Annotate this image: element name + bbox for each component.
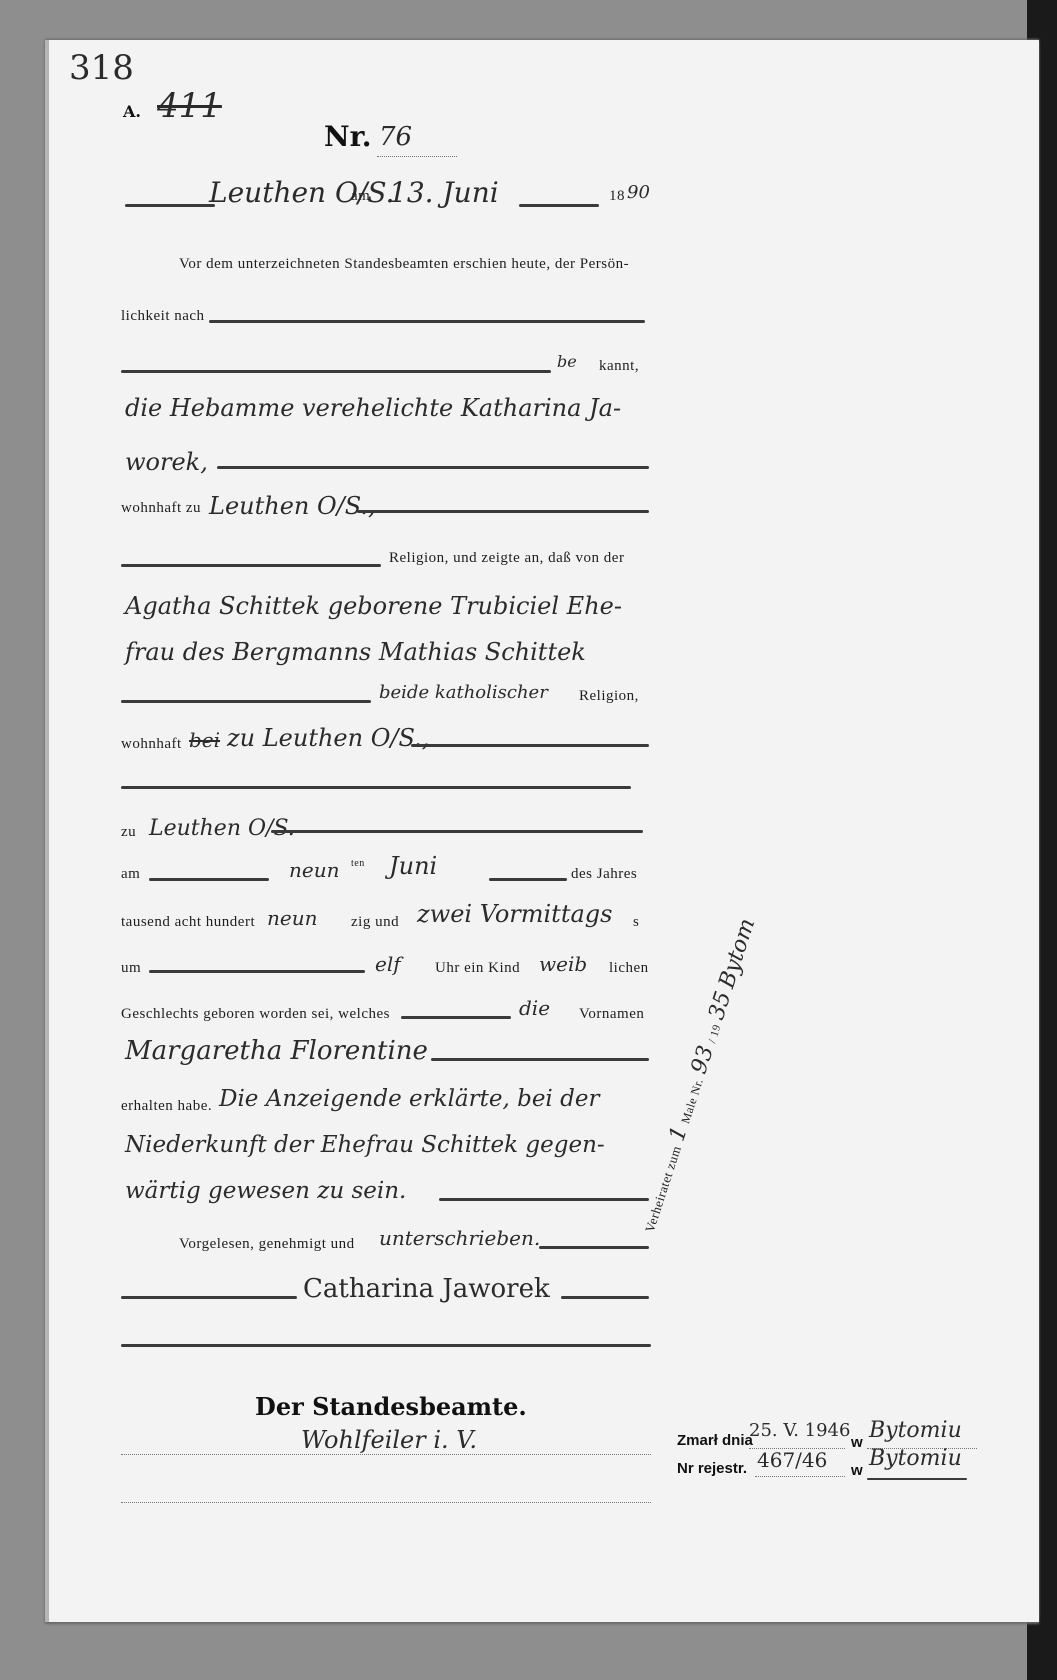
death-date: 25. V. 1946 [749,1420,850,1441]
marriage-year: 35 [704,988,736,1022]
birth-place-label: zu [121,824,136,841]
rule [121,700,371,703]
year-prefix: 18 [609,188,625,205]
rule [411,744,649,747]
mother-religion-label: Religion, [579,688,639,705]
register-place-line [867,1478,967,1480]
informant-line-1: die Hebamme verehelichte Katharina Ja- [125,394,621,422]
birth-year-text-1: tausend acht hundert [121,914,255,931]
rule [439,1198,649,1201]
rule [121,1344,651,1347]
marriage-place: Bytom [714,916,760,992]
birth-year-suffix: s [633,914,639,931]
remark-line-3: wärtig gewesen zu sein. [125,1178,406,1204]
birth-year-text-2: zig und [351,914,399,931]
informant-line-2: worek, [125,448,208,476]
residence-value: Leuthen O/S., [209,492,376,520]
rule [357,510,649,513]
given-names-value: Margaretha Florentine [125,1036,428,1066]
rule [149,878,269,881]
sex-suffix: lichen [609,960,649,977]
rule [561,1296,649,1299]
registrar-title: Der Standesbeamte. [255,1392,527,1421]
known-label: kannt, [599,358,639,375]
received-label: erhalten habe. [121,1098,212,1115]
birth-year-label: des Jahres [571,866,637,883]
register-number: 467/46 [757,1448,827,1472]
remark-line-2: Niederkunft der Ehefrau Schittek gegen- [125,1132,605,1158]
remark-line-1: Die Anzeigende erklärte, bei der [219,1086,599,1112]
blank-line [121,1502,651,1503]
marriage-times: 1 [665,1123,693,1144]
section-letter: A. [123,102,141,121]
registrar-signature: Wohlfeiler i. V. [301,1426,477,1454]
rule [217,466,649,469]
birth-day-label: am [121,866,140,883]
rule [121,1296,297,1299]
read-approved-value: unterschrieben. [379,1226,540,1250]
birth-day-suffix: ten [351,858,365,869]
register-place: Bytomiu [869,1446,962,1471]
rule [539,1246,649,1249]
record-number-line [377,156,457,157]
registration-date: 13. Juni [389,176,499,209]
marriage-annotation: Verheiratet zum 1 Male Nr. 93 / 19 35 By… [635,916,760,1235]
given-names-label: Vornamen [579,1006,644,1023]
birth-year-decade: neun [267,906,317,930]
marriage-number: 93 [687,1043,719,1077]
rule [431,1058,649,1061]
residence-label: wohnhaft zu [121,500,201,517]
struck-section-number: 411 [157,86,222,126]
rule [121,564,381,567]
mother-line-2: frau des Bergmanns Mathias Schittek [125,638,586,666]
rule [271,830,643,833]
informant-signature: Catharina Jaworek [303,1274,550,1304]
rule [121,786,631,789]
article-value: die [519,996,550,1020]
register-place-prefix: w [851,1462,863,1479]
born-text: Geschlechts geboren worden sei, welches [121,1006,390,1023]
birth-day-value: neun [289,858,339,882]
birth-year-unit: zwei Vormittags [417,900,612,928]
page-number: 318 [69,48,134,88]
mother-religion-value: beide katholischer [379,682,548,703]
religion-text: Religion, und zeigte an, daß von der [389,550,624,567]
marriage-year-label: / 19 [706,1023,723,1045]
death-place-prefix: w [851,1434,863,1451]
registration-year: 90 [627,182,650,203]
known-suffix: be [557,352,577,371]
marriage-prefix: Verheiratet zum [642,1144,684,1234]
mother-line-1: Agatha Schittek geborene Trubiciel Ehe- [125,592,622,620]
rule [489,878,567,881]
intro-line-1: Vor dem unterzeichneten Standesbeamten e… [179,256,629,273]
rule [401,1016,511,1019]
record-number: 76 [379,122,412,152]
mother-residence-value: zu Leuthen O/S., [227,724,429,752]
rule [519,204,599,207]
rule [149,970,365,973]
hour-text: Uhr ein Kind [435,960,520,977]
record-label: Nr. [324,120,372,153]
register-number-line [755,1476,845,1477]
marriage-times-label: Male Nr. [678,1077,706,1126]
mother-residence-label: wohnhaft [121,736,182,753]
rule [209,320,645,323]
birth-month-value: Juni [389,852,437,880]
hour-label: um [121,960,141,977]
register-label: Nr rejestr. [677,1460,747,1477]
intro-line-2: lichkeit nach [121,308,205,325]
place-prefix: am [351,188,370,205]
death-label: Zmarł dnia [677,1432,753,1449]
rule [121,370,551,373]
registrar-line [121,1454,651,1455]
mother-residence-struck: bei [189,728,220,752]
birth-place-value: Leuthen O/S. [149,816,295,841]
birth-register-page: 318 A. 411 Nr. 76 Leuthen O/S. am 13. Ju… [45,40,1039,1622]
death-place: Bytomiu [869,1418,962,1443]
sex-value: weib [539,952,587,976]
rule [125,204,215,207]
hour-value: elf [375,952,401,976]
read-approved-label: Vorgelesen, genehmigt und [179,1236,355,1253]
